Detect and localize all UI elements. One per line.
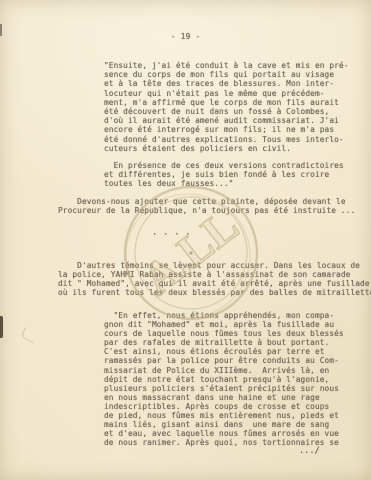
text-line: par des rafales de mitraillette à bout p… xyxy=(104,338,344,347)
paragraph-devons-nous: Devons-nous ajouter que cette plainte, d… xyxy=(58,197,355,215)
scan-edge-artifact-left xyxy=(0,316,3,338)
text-line: et différentes, je suis bien fondé à les… xyxy=(104,170,344,179)
text-line: ment, m'a affirmé que le corps de mon fi… xyxy=(104,98,349,107)
text-line: et d'eau, avec laquelle nous fûmes arros… xyxy=(104,429,344,438)
blockquote-testimony-1: "Ensuite, j'ai été conduit à la cave et … xyxy=(104,61,349,153)
text-line: plusieurs policiers s'étaient précipités… xyxy=(104,384,344,393)
text-line: Devons-nous ajouter que cette plainte, d… xyxy=(58,197,355,206)
text-line: cuteurs étaient des policiers en civil. xyxy=(104,144,349,153)
text-line: en nous massacrant dans une haine et une… xyxy=(104,393,344,402)
text-line: cours de laquelle nous fûmes tous les de… xyxy=(104,329,344,338)
text-line: missariat de Police du XIIIème. Arrivés … xyxy=(104,366,344,375)
text-line: "Ensuite, j'ai été conduit à la cave et … xyxy=(104,61,349,70)
text-line: été découvert de nuit dans un fossé à Co… xyxy=(104,107,349,116)
text-line: indescriptibles. Après coups de crosse e… xyxy=(104,402,344,411)
blockquote-testimony-2: "En effet, nous étions appréhendés, mon … xyxy=(104,311,344,447)
text-line: "En effet, nous étions appréhendés, mon … xyxy=(104,311,344,320)
continuation-mark: .../ xyxy=(299,447,320,456)
text-line: de pied, nous fûmes mis entièrement nus,… xyxy=(104,411,344,420)
text-line: mains liés, gisant ainsi dans une mare d… xyxy=(104,420,344,429)
text-line: d'où il aurait été amené audit commissar… xyxy=(104,116,349,125)
scanned-document-page: { "page": { "number": "- 19 -", "continu… xyxy=(0,0,371,480)
text-line: sence du corps de mon fils qui portait a… xyxy=(104,70,349,79)
text-line: dépit de notre état touchant presqu'à l'… xyxy=(104,375,344,384)
text-line: la police, YAHMI Rabah assiste à l'assas… xyxy=(58,270,371,279)
text-line: gnon dit "Mohamed" et moi, après la fusi… xyxy=(104,320,344,329)
text-line: C'est ainsi, nous étions écroulés par te… xyxy=(104,347,344,356)
scan-edge-artifact-top xyxy=(0,24,2,36)
paragraph-dautres-temoins: D'autres témoins se lèvent pour accuser.… xyxy=(58,261,371,297)
text-line: ramassés par la police pour être conduit… xyxy=(104,356,344,365)
dotted-separator: · · · · xyxy=(152,231,191,240)
text-line: Procureur de la République, n'a toujours… xyxy=(58,206,355,215)
text-line: D'autres témoins se lèvent pour accuser.… xyxy=(58,261,371,270)
text-line: toutes les deux fausses..." xyxy=(104,179,344,188)
text-line: locuteur qui n'était pas le même que pré… xyxy=(104,89,349,98)
text-line: où ils furent tous les deux blessés par … xyxy=(58,288,371,297)
blockquote-testimony-1-continued: En présence de ces deux versions contrad… xyxy=(104,161,344,189)
text-line: encore été interrogé sur mon fils; il ne… xyxy=(104,125,349,134)
text-line: et à la tête des traces de blessures. Mo… xyxy=(104,79,349,88)
page-number: - 19 - xyxy=(0,32,371,41)
text-line: dit " Mohamed", avec qui il avait été ar… xyxy=(58,279,371,288)
text-line: En présence de ces deux versions contrad… xyxy=(104,161,344,170)
text-line: été donné d'autres explications. Tous me… xyxy=(104,135,349,144)
